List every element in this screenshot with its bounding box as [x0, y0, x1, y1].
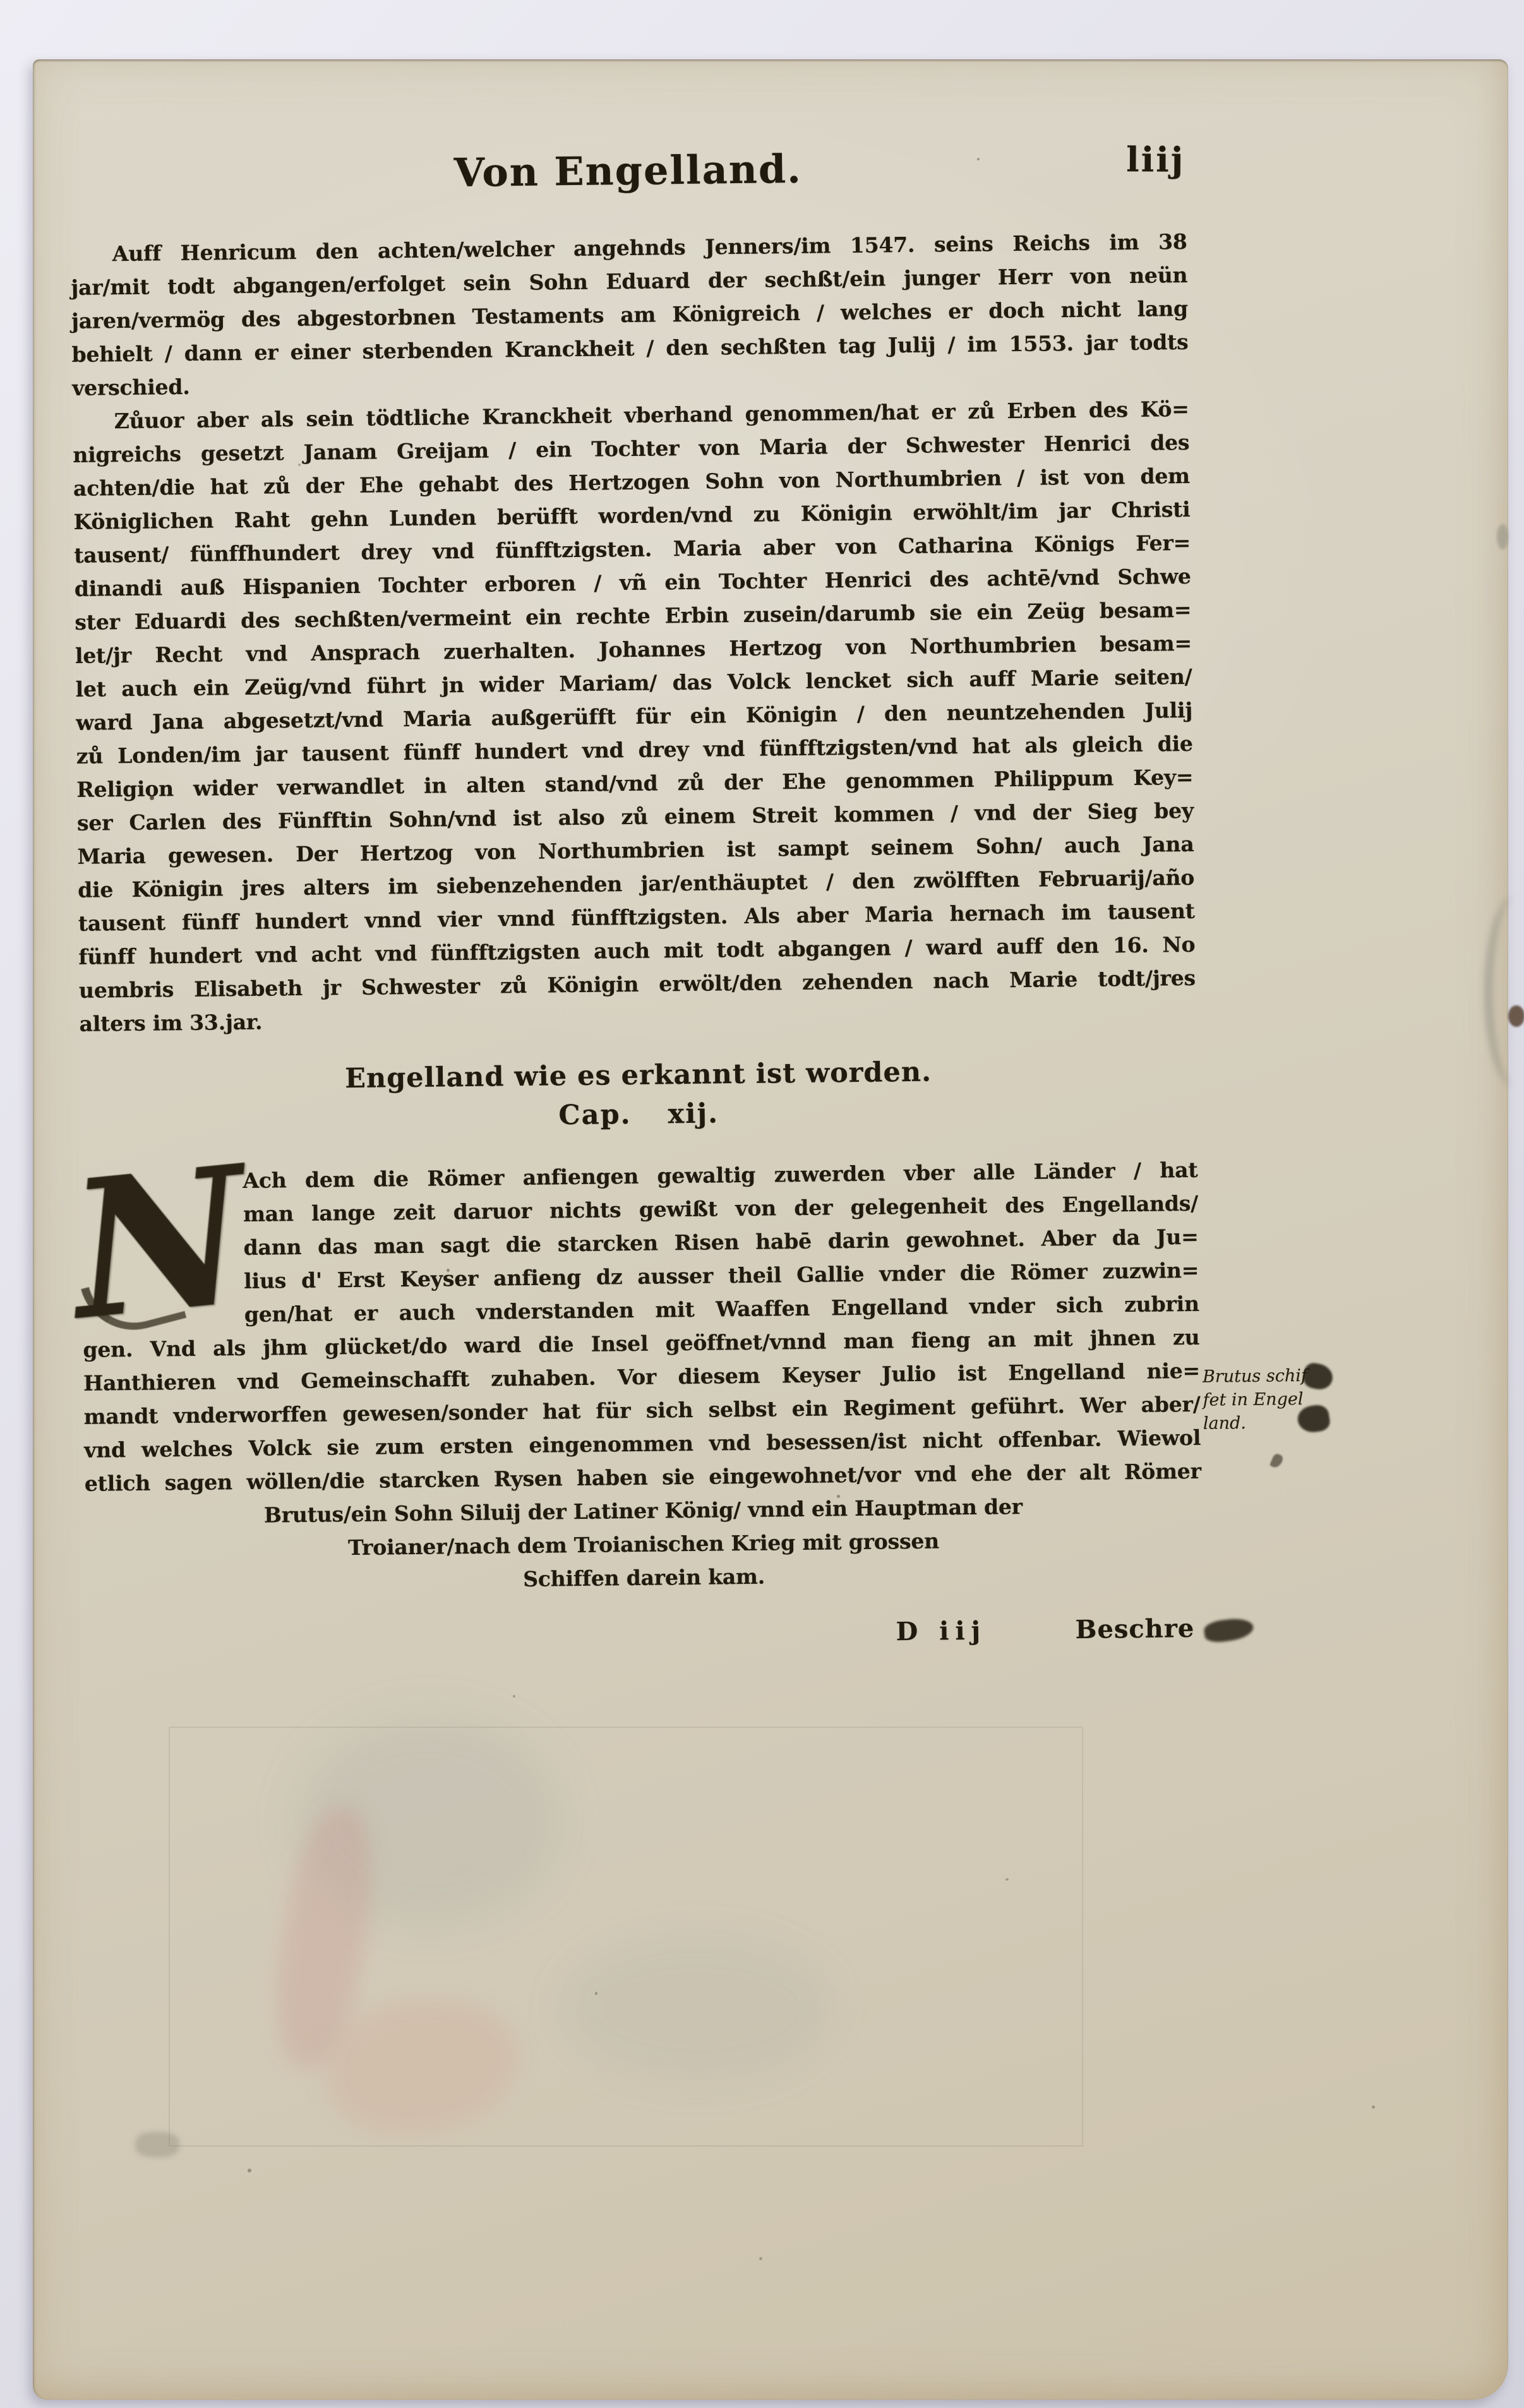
edge-spot — [1508, 1005, 1524, 1027]
paragraph-jane-grey-mary: Zůuor aber als sein tödtliche Kranckheit… — [73, 392, 1196, 1041]
paragraph-romans: N Ach dem die Römer anfiengen gewaltig z… — [81, 1153, 1203, 1601]
verso-map-showthrough — [169, 1727, 1083, 2147]
ink-mark — [1269, 1453, 1284, 1470]
paper-speck — [1005, 1878, 1009, 1881]
chapter-block: Engelland wie es erkannt ist worden. Cap… — [80, 1053, 1197, 1137]
paragraph-romans-full: gen. Vnd als jhm glücket/do ward die Ins… — [83, 1321, 1201, 1501]
paper-speck — [1372, 2106, 1375, 2109]
page-header: Von Engelland. liij — [69, 141, 1187, 212]
paper-speck — [150, 796, 154, 800]
scan-background: Von Engelland. liij Auff Henricum den ac… — [0, 0, 1524, 2408]
ink-blot — [1203, 1617, 1254, 1644]
paper-speck — [837, 1495, 840, 1498]
running-title: Von Engelland. — [69, 141, 1187, 200]
showthrough-color-blob — [328, 1999, 517, 2132]
paragraph-henry-viii: Auff Henricum den achten/welcher angehnd… — [70, 225, 1189, 405]
chapter-caption: Cap.xij. — [80, 1093, 1197, 1137]
paper-speck — [595, 1992, 597, 1995]
chapter-label: Cap. — [558, 1099, 632, 1131]
edge-spot — [1497, 524, 1508, 549]
text-block: Von Engelland. liij Auff Henricum den ac… — [69, 141, 1203, 1663]
marginal-note: Brutus schiffet in Engelland. — [1203, 1363, 1345, 1435]
signature-mark: D iij — [896, 1616, 987, 1647]
edge-smudge — [1484, 897, 1524, 1086]
decorative-initial: N — [81, 1164, 244, 1333]
showthrough-mark — [135, 2132, 179, 2157]
paper-speck — [759, 2257, 762, 2260]
showthrough-wash — [561, 1936, 833, 2082]
paper-speck — [298, 464, 301, 466]
chapter-heading: Engelland wie es erkannt ist worden. — [80, 1053, 1196, 1098]
page-sheet: Von Engelland. liij Auff Henricum den ac… — [33, 59, 1508, 2400]
paper-speck — [447, 1269, 450, 1272]
paragraph-romans-closing: Brutus/ein Sohn Siluij der Latiner König… — [85, 1488, 1203, 1601]
paper-speck — [977, 158, 980, 160]
paper-speck — [513, 1695, 515, 1698]
chapter-number: xij. — [668, 1098, 719, 1130]
signature-row: D iij Beschre — [86, 1614, 1203, 1663]
catchword: Beschre — [1075, 1614, 1194, 1644]
paper-speck — [248, 2169, 251, 2172]
folio-page-number: liij — [1126, 139, 1185, 180]
